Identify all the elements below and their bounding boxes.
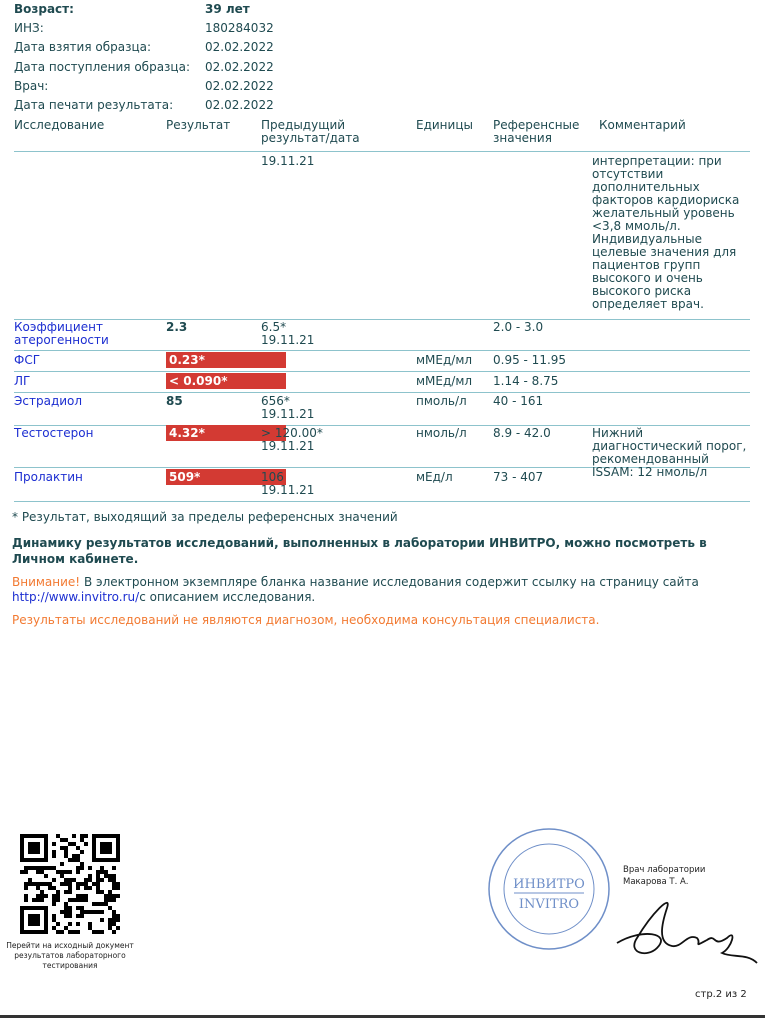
table-row: ФСГ 0.23* мМЕд/мл 0.95 - 11.95 <box>14 352 750 372</box>
table-row: Тестостерон 4.32* > 120.00*19.11.21 нмол… <box>14 425 750 468</box>
table-row: Эстрадиол 85 656*19.11.21 пмоль/л 40 - 1… <box>14 393 750 426</box>
patient-info: Возраст:39 летИНЗ:180284032Дата взятия о… <box>14 0 274 115</box>
info-row: Дата взятия образца:02.02.2022 <box>14 38 274 57</box>
footnote: * Результат, выходящий за пределы рефере… <box>12 510 398 524</box>
info-value: 02.02.2022 <box>205 96 274 115</box>
comment: интерпретации: при отсутствии дополнител… <box>592 155 742 311</box>
doctor-name: Макарова Т. А. <box>623 876 705 888</box>
info-label: Дата взятия образца: <box>14 38 205 57</box>
info-value: 39 лет <box>205 0 250 19</box>
previous-result: 656*19.11.21 <box>261 395 314 421</box>
table-row: Коэффициент атерогенности 2.3 6.5*19.11.… <box>14 319 750 351</box>
previous-result: > 120.00*19.11.21 <box>261 427 323 453</box>
reference-range: 2.0 - 3.0 <box>493 321 543 334</box>
table-row: ЛГ < 0.090* мМЕд/мл 1.14 - 8.75 <box>14 373 750 393</box>
info-value: 02.02.2022 <box>205 77 274 96</box>
test-name-link[interactable]: Пролактин <box>14 471 134 484</box>
info-label: Дата поступления образца: <box>14 58 205 77</box>
link-suffix: с описанием исследования. <box>139 590 315 604</box>
previous-result: 10619.11.21 <box>261 471 314 497</box>
test-name-link[interactable]: Эстрадиол <box>14 395 134 408</box>
result-value: 2.3 <box>166 321 187 334</box>
invitro-link[interactable]: http://www.invitro.ru/ <box>12 590 139 604</box>
result-value: 85 <box>166 395 183 408</box>
signature-icon <box>612 888 762 968</box>
reference-range: 40 - 161 <box>493 395 543 408</box>
info-row: Возраст:39 лет <box>14 0 274 19</box>
units: пмоль/л <box>416 395 467 408</box>
units: мМЕд/мл <box>416 354 472 367</box>
attention-label: Внимание! <box>12 575 80 589</box>
info-value: 02.02.2022 <box>205 38 274 57</box>
page-number: стр.2 из 2 <box>695 989 747 1000</box>
test-name-link[interactable]: Тестостерон <box>14 427 134 440</box>
qr-caption: Перейти на исходный документ результатов… <box>0 941 140 971</box>
info-value: 02.02.2022 <box>205 58 274 77</box>
disclaimer: Результаты исследований не являются диаг… <box>12 613 599 627</box>
header-units: Единицы <box>416 119 473 132</box>
info-label: Дата печати результата: <box>14 96 205 115</box>
stamp-icon: ИНВИТРО INVITRO <box>486 826 612 952</box>
attention-text: В электронном экземпляре бланка название… <box>80 575 699 589</box>
header-previous: Предыдущий результат/дата <box>261 119 371 145</box>
svg-text:INVITRO: INVITRO <box>519 897 579 912</box>
units: мМЕд/мл <box>416 375 472 388</box>
info-row: Дата печати результата:02.02.2022 <box>14 96 274 115</box>
info-value: 180284032 <box>205 19 274 38</box>
reference-range: 1.14 - 8.75 <box>493 375 558 388</box>
qr-code-icon[interactable] <box>20 834 120 934</box>
doctor-title: Врач лаборатории <box>623 864 705 876</box>
test-name-link[interactable]: Коэффициент атерогенности <box>14 321 134 347</box>
header-comment: Комментарий <box>599 119 686 132</box>
previous-result: 6.5*19.11.21 <box>261 321 314 347</box>
header-test: Исследование <box>14 119 104 132</box>
result-value: < 0.090* <box>166 373 286 389</box>
continuation-row: 19.11.21 интерпретации: при отсутствии д… <box>14 153 750 320</box>
units: нмоль/л <box>416 427 467 440</box>
table-row: Пролактин 509* 10619.11.21 мЕд/л 73 - 40… <box>14 469 750 502</box>
info-row: Дата поступления образца:02.02.2022 <box>14 58 274 77</box>
header-result: Результат <box>166 119 230 132</box>
info-label: Возраст: <box>14 0 205 19</box>
info-label: ИНЗ: <box>14 19 205 38</box>
info-row: Врач:02.02.2022 <box>14 77 274 96</box>
info-label: Врач: <box>14 77 205 96</box>
dynamics-note: Динамику результатов исследований, выпол… <box>12 535 752 567</box>
reference-range: 0.95 - 11.95 <box>493 354 566 367</box>
result-value: 0.23* <box>166 352 286 368</box>
doctor-signature-block: Врач лабораторииМакарова Т. А. <box>623 864 705 888</box>
previous-date: 19.11.21 <box>261 155 314 168</box>
reference-range: 8.9 - 42.0 <box>493 427 551 440</box>
attention-note: Внимание! В электронном экземпляре бланк… <box>12 575 732 605</box>
reference-range: 73 - 407 <box>493 471 543 484</box>
test-name-link[interactable]: ФСГ <box>14 354 134 367</box>
table-header: Исследование Результат Предыдущий резуль… <box>14 119 750 152</box>
units: мЕд/л <box>416 471 453 484</box>
test-name-link[interactable]: ЛГ <box>14 375 134 388</box>
svg-text:ИНВИТРО: ИНВИТРО <box>513 877 585 892</box>
info-row: ИНЗ:180284032 <box>14 19 274 38</box>
header-reference: Референсные значения <box>493 119 588 145</box>
